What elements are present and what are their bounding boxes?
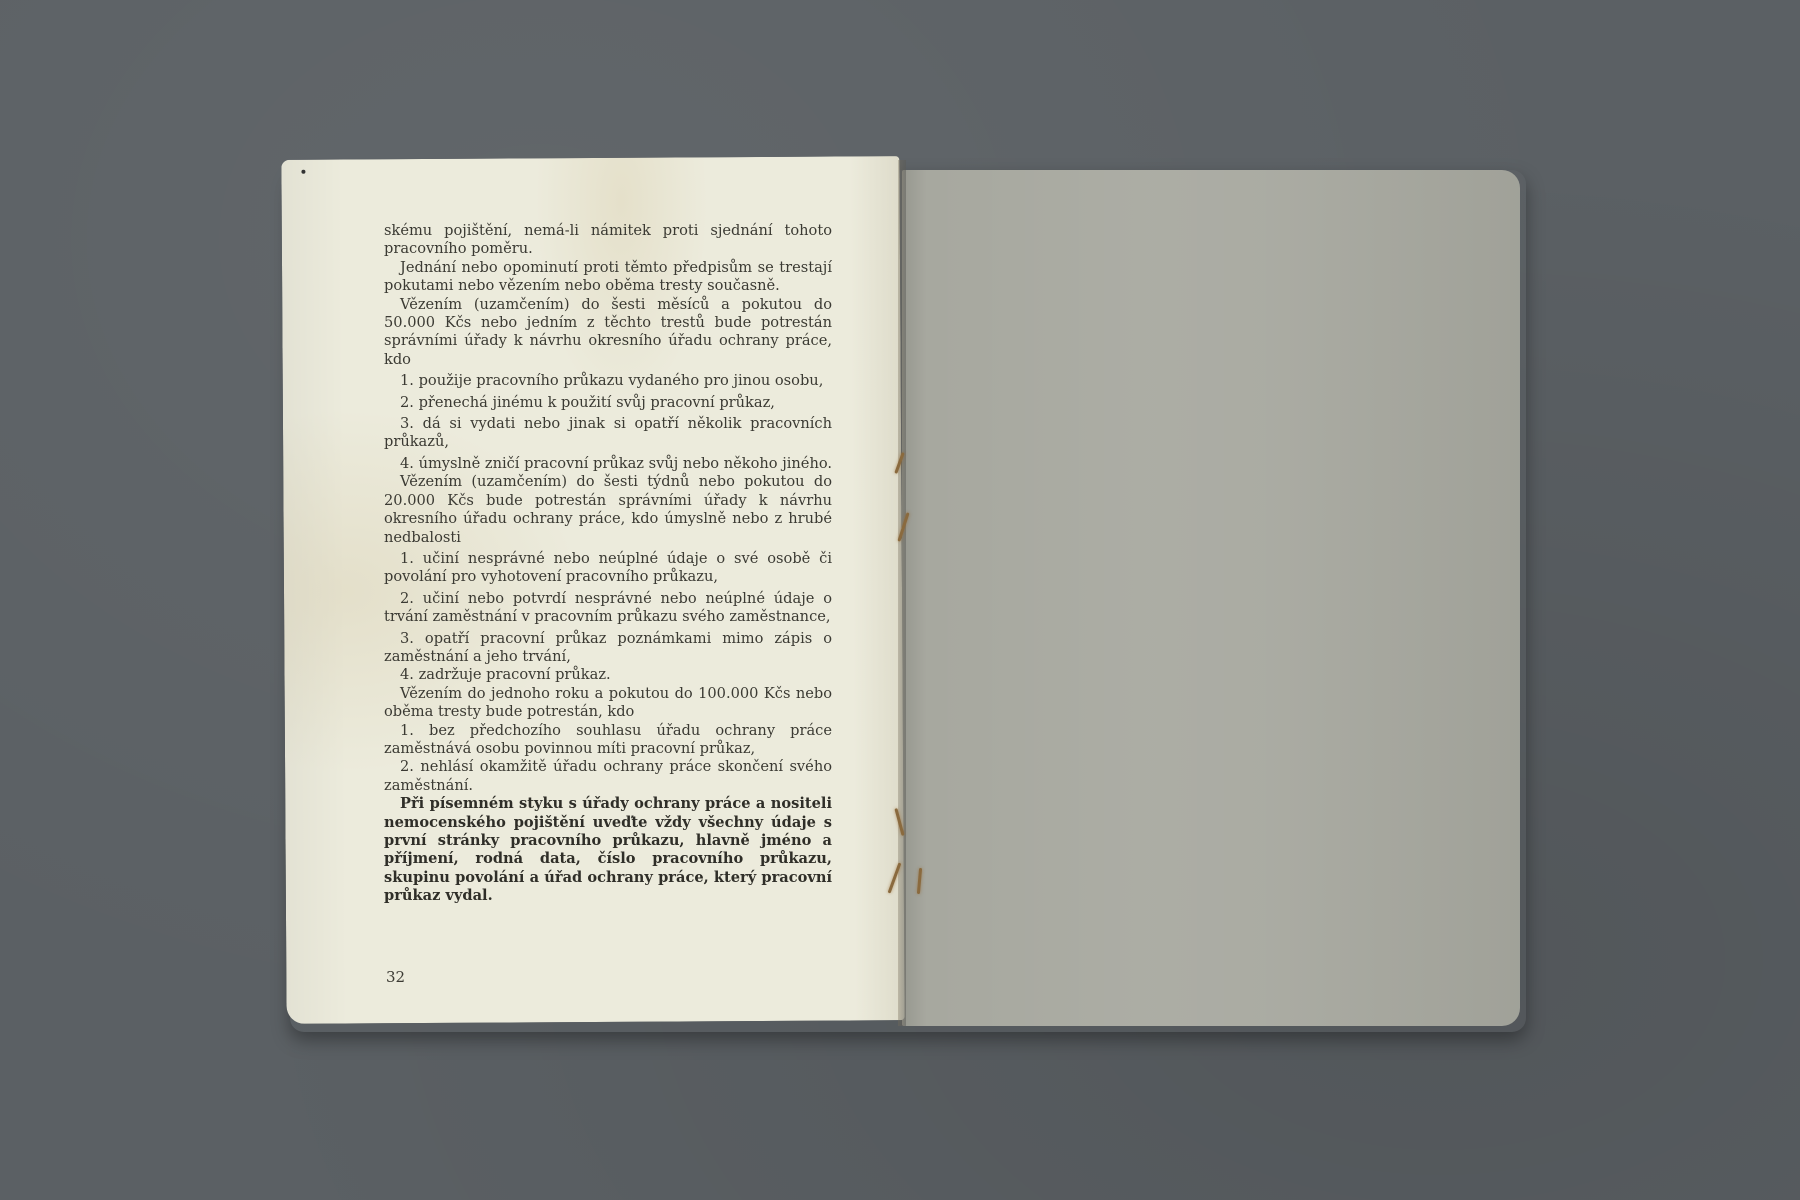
paragraph-continuation: skému pojištění, nemá-li námitek proti s… bbox=[384, 222, 832, 259]
bold-notice-paragraph: Při písemném styku s úřady ochrany práce… bbox=[384, 795, 832, 905]
list-item: 4. úmyslně zničí pracovní průkaz svůj ne… bbox=[384, 455, 832, 473]
right-page-blank-cover bbox=[902, 170, 1520, 1026]
page-text: skému pojištění, nemá-li námitek proti s… bbox=[384, 222, 832, 906]
list-item: 2. přenechá jinému k použití svůj pracov… bbox=[384, 394, 832, 412]
list-item: 1. použije pracovního průkazu vydaného p… bbox=[384, 372, 832, 390]
open-booklet: skému pojištění, nemá-li námitek proti s… bbox=[0, 0, 1800, 1200]
paragraph: Vězením (uzamčením) do šesti týdnů nebo … bbox=[384, 473, 832, 547]
list-item: 1. učiní nesprávné nebo neúplné údaje o … bbox=[384, 550, 832, 587]
paragraph: Jednání nebo opominutí proti těmto předp… bbox=[384, 259, 832, 296]
list-item: 1. bez předchozího souhlasu úřadu ochran… bbox=[384, 722, 832, 759]
printed-dot-mark bbox=[301, 170, 305, 174]
list-item: 4. zadržuje pracovní průkaz. bbox=[384, 666, 832, 684]
list-item: 2. učiní nebo potvrdí nesprávné nebo neú… bbox=[384, 590, 832, 627]
page-number: 32 bbox=[386, 968, 405, 986]
list-item: 3. opatří pracovní průkaz poznámkami mim… bbox=[384, 630, 832, 667]
paragraph: Vězením do jednoho roku a pokutou do 100… bbox=[384, 685, 832, 722]
list-item: 3. dá si vydati nebo jinak si opatří něk… bbox=[384, 415, 832, 452]
paragraph: Vězením (uzamčením) do šesti měsíců a po… bbox=[384, 296, 832, 370]
booklet-spine bbox=[898, 160, 906, 1026]
list-item: 2. nehlásí okamžitě úřadu ochrany práce … bbox=[384, 758, 832, 795]
